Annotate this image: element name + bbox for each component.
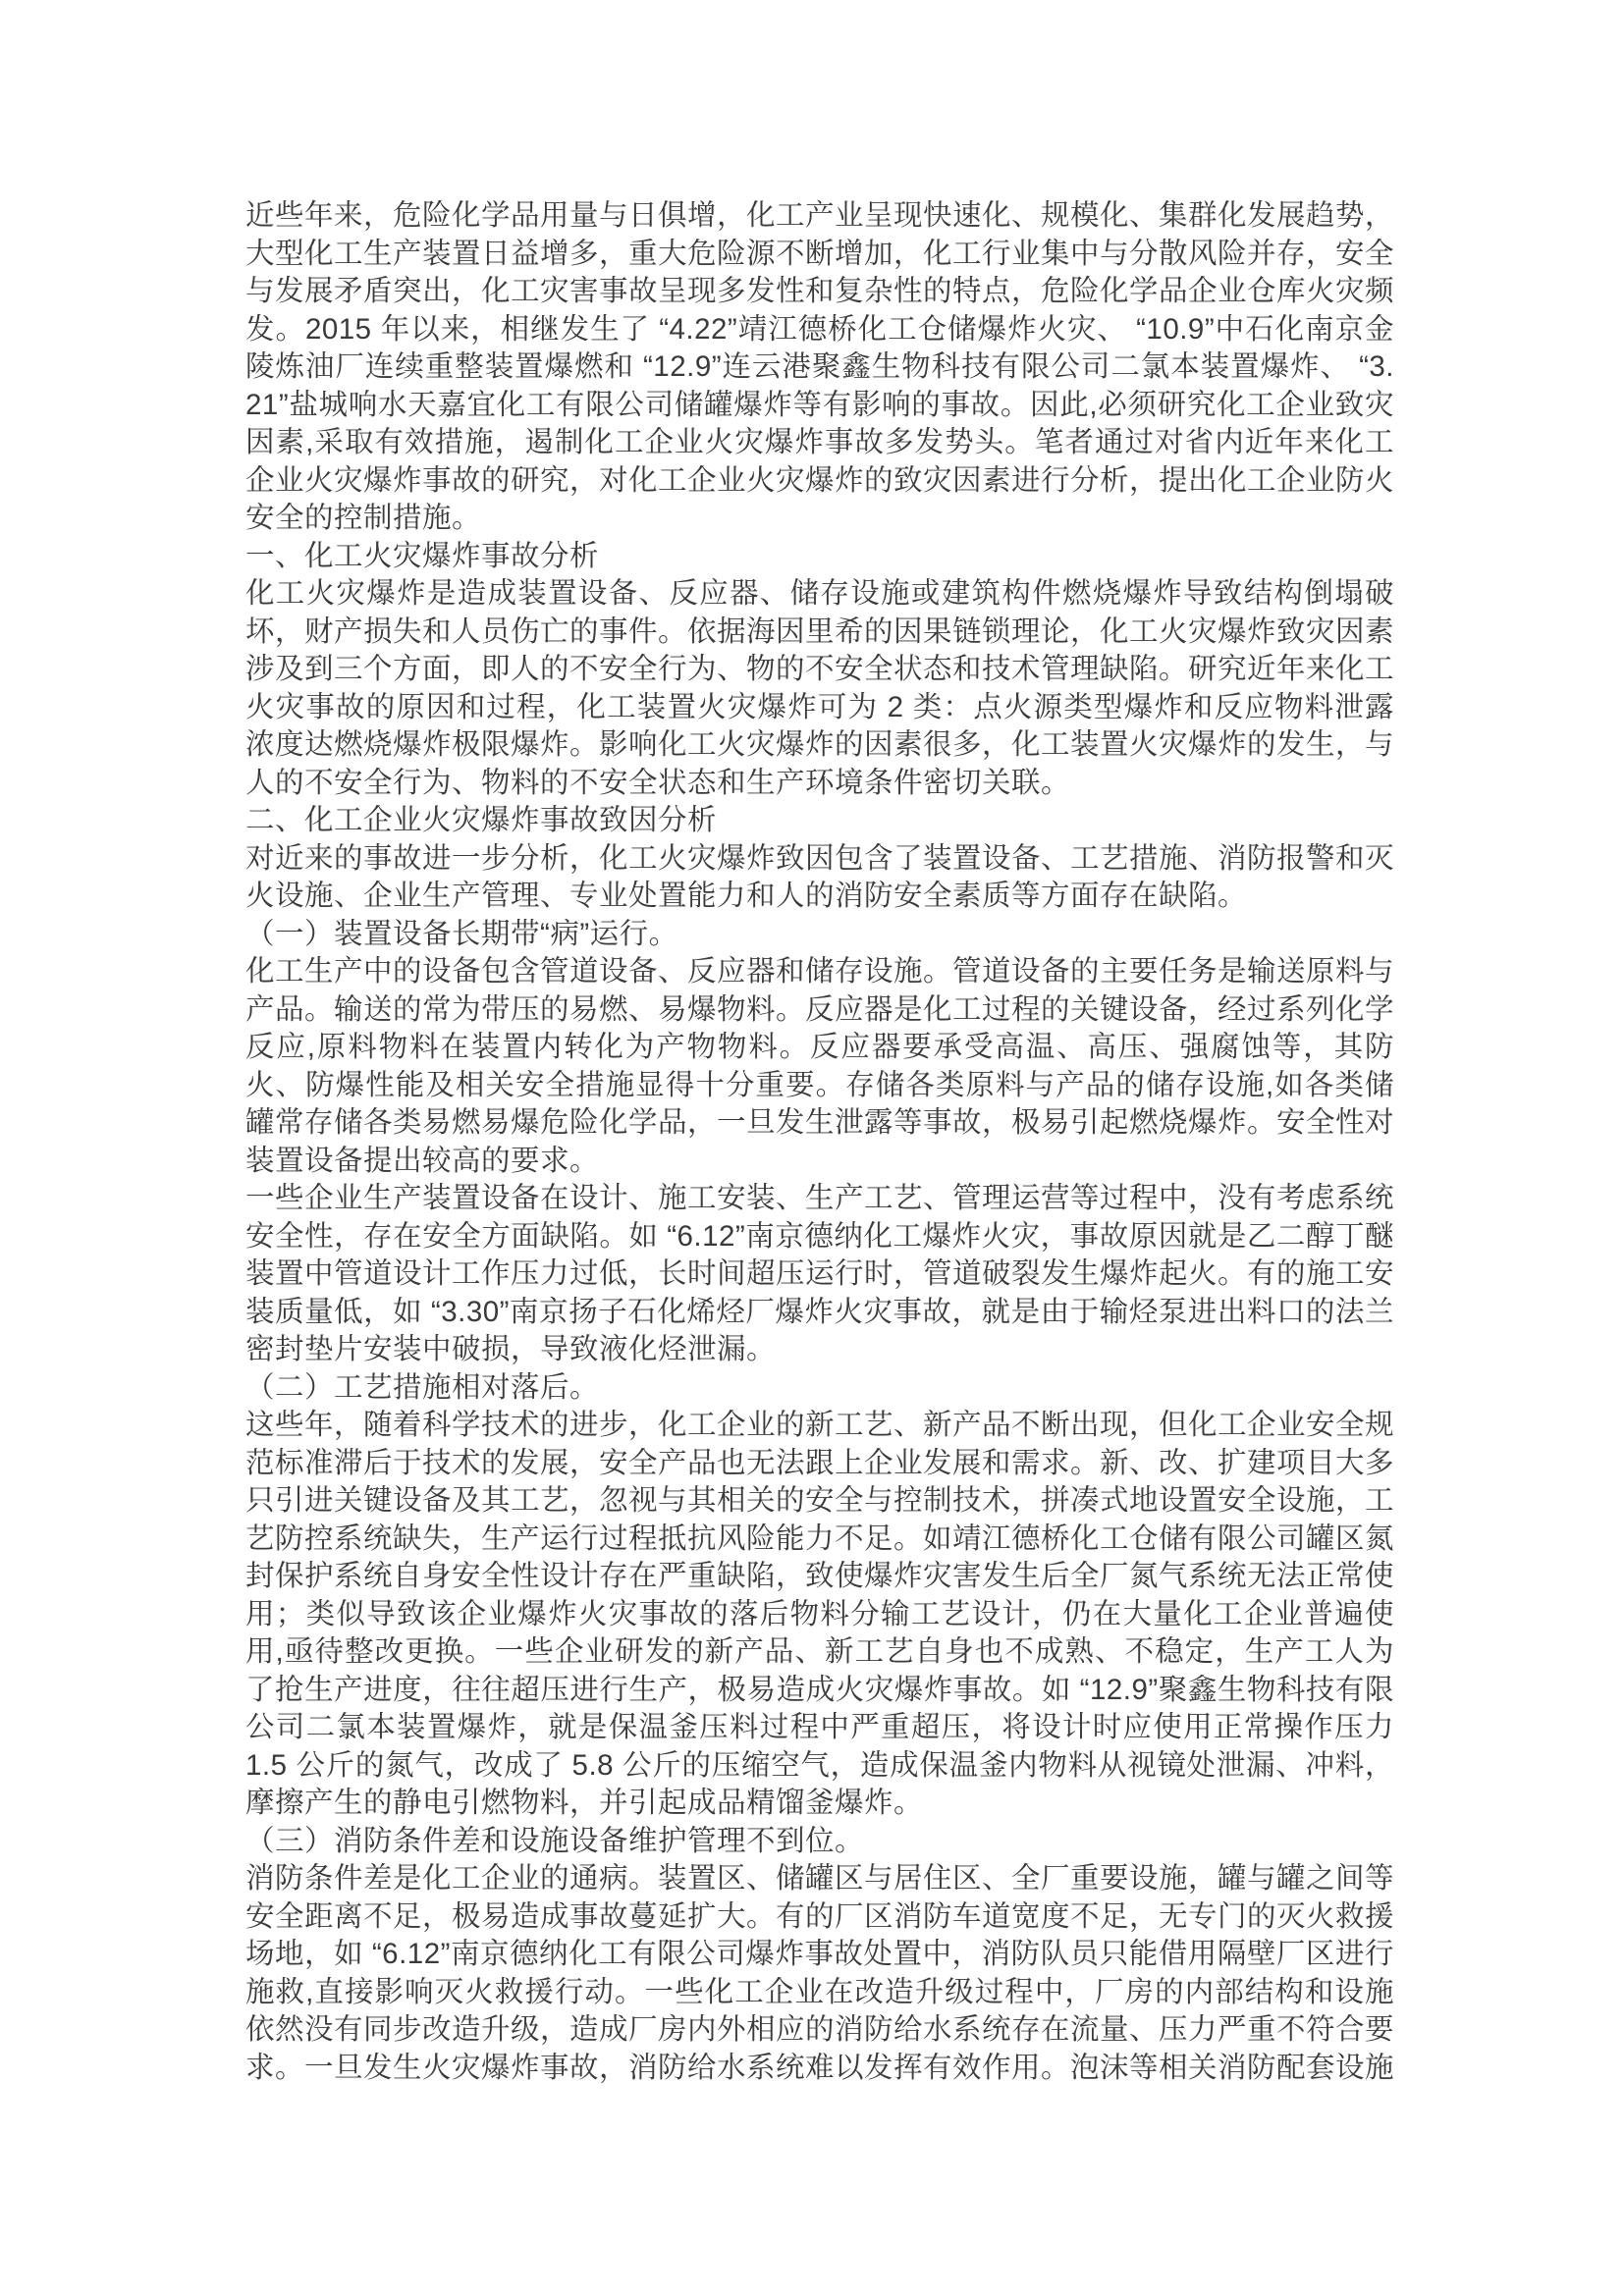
paragraph-intro: 近些年来，危险化学品用量与日俱增，化工产业呈现快速化、规模化、集群化发展趋势，大… <box>245 197 1394 538</box>
document-page: 近些年来，危险化学品用量与日俱增，化工产业呈现快速化、规模化、集群化发展趋势，大… <box>245 197 1394 2087</box>
subheading-3-fire-protection: （三）消防条件差和设施设备维护管理不到位。 <box>245 1823 1394 1861</box>
paragraph-fire-explosion-analysis: 化工火灾爆炸是造成装置设备、反应器、储存设施或建筑构件燃烧爆炸导致结构倒塌破坏，… <box>245 575 1394 802</box>
paragraph-cause-overview: 对近来的事故进一步分析，化工火灾爆炸致因包含了装置设备、工艺措施、消防报警和灭火… <box>245 840 1394 916</box>
subheading-2-process: （二）工艺措施相对落后。 <box>245 1369 1394 1408</box>
paragraph-equipment-detail: 化工生产中的设备包含管道设备、反应器和储存设施。管道设备的主要任务是输送原料与产… <box>245 953 1394 1180</box>
heading-section-1: 一、化工火灾爆炸事故分析 <box>245 538 1394 576</box>
heading-section-2: 二、化工企业火灾爆炸事故致因分析 <box>245 802 1394 840</box>
subheading-1-equipment: （一）装置设备长期带“病”运行。 <box>245 916 1394 954</box>
paragraph-process-detail: 这些年，随着科学技术的进步，化工企业的新工艺、新产品不断出现，但化工企业安全规范… <box>245 1407 1394 1823</box>
paragraph-fire-protection-detail: 消防条件差是化工企业的通病。装置区、储罐区与居住区、全厂重要设施，罐与罐之间等安… <box>245 1860 1394 2087</box>
paragraph-design-install-defects: 一些企业生产装置设备在设计、施工安装、生产工艺、管理运营等过程中，没有考虑系统安… <box>245 1180 1394 1369</box>
